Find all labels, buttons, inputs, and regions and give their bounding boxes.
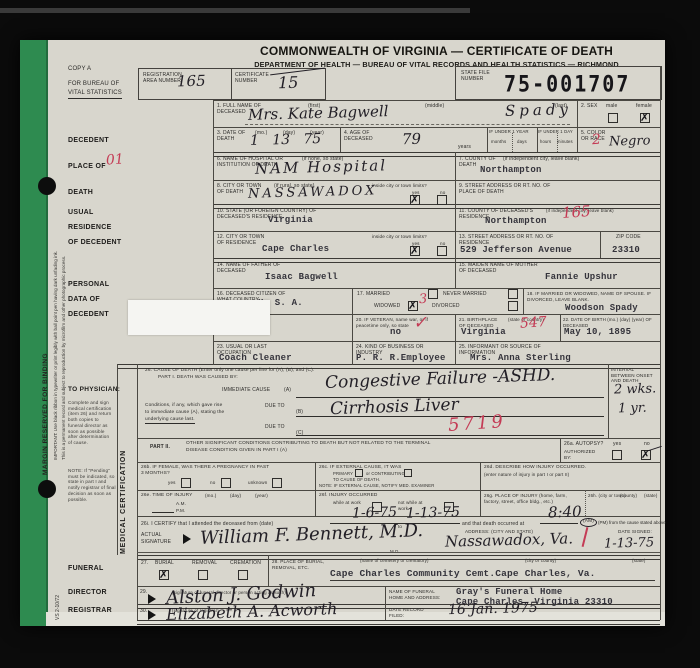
state-file-value: 75-001707	[504, 71, 630, 97]
death-time-value: 8:40	[548, 503, 582, 522]
field8-no-checkbox	[437, 195, 447, 205]
funeral-home-label: NAME OF FUNERAL HOME AND ADDRESS:	[389, 589, 449, 600]
punch-hole	[38, 480, 56, 498]
actual-signature-label-1: ACTUAL	[141, 532, 162, 538]
field8-limits-label: inside city or town limits?	[372, 183, 427, 189]
zip-value: 23310	[612, 245, 640, 255]
field26b-label: 26b. IF FEMALE, WAS THERE A PREGNANCY IN…	[141, 465, 271, 477]
part2-label: PART II.	[150, 444, 170, 450]
attended-from-date: 1-6-75	[352, 504, 397, 521]
part2-text-2: DISEASE CONDITION GIVEN IN PART I (A)	[186, 448, 287, 454]
field28-city-hint: (city or county)	[525, 558, 556, 564]
certificate-title: COMMONWEALTH OF VIRGINIA — CERTIFICATE O…	[213, 44, 660, 59]
field18-value: Woodson Spady	[565, 303, 638, 313]
field26c-primary-label: PRIMARY	[333, 471, 353, 476]
field2-female-label: female	[636, 103, 652, 109]
autopsy-label: 26a. AUTOPSY?	[564, 441, 603, 447]
field20-value: no	[390, 327, 401, 337]
section-residence: RESIDENCE	[68, 224, 112, 231]
field8-yes-checkbox	[410, 195, 420, 205]
section-personal: PERSONAL	[68, 281, 109, 288]
am-circled: (AM)	[580, 518, 597, 527]
registration-area-value: 165	[177, 72, 206, 91]
physician-address: Nassawadox, Va.	[445, 529, 573, 550]
field26e-am: A.M.	[176, 501, 186, 507]
field26-label: 26. CAUSE OF DEATH (Enter only one cause…	[145, 368, 314, 374]
actual-signature-label-2: SIGNATURE	[141, 539, 171, 545]
due-to-b-label: DUE TO	[265, 403, 285, 409]
field26b-yes-label: yes	[168, 480, 176, 486]
field26e-mo: (mo.)	[205, 493, 216, 499]
section-director: DIRECTOR	[68, 589, 107, 596]
sex-female-checkbox	[640, 113, 650, 123]
certificate-number-value: 15	[278, 73, 299, 93]
section-registrar: REGISTRAR	[68, 607, 112, 614]
field28-value: Cape Charles Community Cemt.Cape Charles…	[330, 568, 596, 579]
attended-to-date: 1-13-75	[406, 504, 460, 521]
field5-value: Negro	[609, 133, 651, 149]
interval-a-value: 2 wks.	[614, 381, 657, 397]
cremation-checkbox	[238, 570, 248, 580]
field4-value: 79	[402, 130, 422, 148]
field20-check-red: ✓	[412, 313, 428, 334]
under1day-label: IF UNDER 1 DAY	[538, 129, 573, 134]
pending-note: NOTE: If "Pending" must be indicated, so…	[68, 468, 118, 502]
registration-area-box: REGISTRATION AREA NUMBER 165	[138, 68, 232, 100]
field26d-label: 26d. DESCRIBE HOW INJURY OCCURRED.	[484, 465, 586, 471]
immediate-cause-a: (A)	[284, 387, 291, 393]
field21-code-red: 547	[519, 314, 547, 332]
cremation-label: CREMATION	[230, 560, 261, 566]
copy-label: COPY A	[68, 66, 91, 74]
cause-code-red: 5719	[447, 411, 506, 436]
field27-num: 27.	[141, 560, 148, 566]
field9-label: 9. STREET ADDRESS OR RT. NO. OF PLACE OF…	[459, 183, 569, 196]
field3-value: 1 13 75	[250, 131, 322, 149]
section-decedent: DECEDENT	[68, 137, 109, 144]
due-to-c-label: DUE TO	[265, 424, 285, 430]
place-code-red: 01	[105, 151, 124, 168]
date-filed-value: 16 Jan. 1975	[448, 600, 538, 618]
field1-value-first: Mrs. Kate Bagwell	[248, 102, 389, 124]
field26-part1-label: PART I. DEATH WAS CAUSED BY:	[158, 375, 238, 381]
autopsy-yes-checkbox	[612, 450, 622, 460]
field17-widowed-label: WIDOWED	[374, 303, 400, 309]
section-medical-certification: MEDICAL CERTIFICATION	[120, 368, 127, 554]
field23-value: Coach Cleaner	[219, 353, 292, 363]
section-of-decedent: OF DECEDENT	[68, 239, 121, 246]
field28-cemetery-hint: (name of cemetery or crematory)	[360, 558, 429, 564]
burial-label: BURIAL	[155, 560, 174, 566]
field30-num: 30.	[140, 608, 147, 614]
under1year-label: IF UNDER 1 YEAR	[489, 129, 529, 135]
field26c-primary-checkbox	[355, 469, 363, 477]
field3-label: 3. DATE OF DEATH	[217, 130, 247, 143]
state-file-label2: NUMBER	[461, 76, 484, 82]
margin-important-note-1: IMPORTANT: Use black ribbon in typewrite…	[53, 195, 58, 460]
autopsy-no-checkbox	[641, 450, 651, 460]
removal-checkbox	[198, 570, 208, 580]
field1-middle-hint: (middle)	[425, 103, 444, 109]
certificate-number-box: CERTIFICATE NUMBER 15	[230, 68, 326, 100]
field26h-state: (state)	[644, 493, 658, 499]
field26f-label: 26f. INJURY OCCURRED	[319, 493, 378, 499]
punch-hole	[38, 177, 56, 195]
field12-limits-label: inside city or town limits?	[372, 234, 427, 240]
field26h-county: (county)	[620, 493, 637, 499]
conditions-note-3: underlying cause last.	[145, 417, 195, 424]
field2-male-label: male	[606, 103, 617, 109]
field12-value: Cape Charles	[262, 244, 329, 254]
bureau-label-2: VITAL STATISTICS	[68, 90, 122, 99]
section-usual: USUAL	[68, 209, 94, 216]
removal-label: REMOVAL	[192, 560, 217, 566]
form-number: VS 2-10/72	[55, 560, 61, 620]
funeral-home-name: Gray's Funeral Home	[456, 587, 562, 597]
margin-binding-note: MARGIN RESERVED FOR BINDING	[42, 265, 49, 475]
field4-years-hint: years	[458, 144, 471, 150]
under1day-hours: hours	[540, 139, 551, 144]
date-filed-label: DATE RECORD FILED:	[389, 607, 434, 618]
field17-divorced-label: DIVORCED	[432, 303, 460, 309]
autopsy-yes-label: yes	[613, 441, 621, 447]
field12-yes-checkbox	[410, 246, 420, 256]
section-funeral: FUNERAL	[68, 565, 104, 572]
under1day-minutes: minutes	[557, 139, 573, 144]
immediate-cause-label: IMMEDIATE CAUSE	[222, 387, 270, 393]
under1year-days: days	[517, 139, 527, 145]
field6-value: NAM Hospital	[255, 156, 387, 177]
field2-label: 2. SEX	[581, 103, 597, 109]
field26e-label: 26e. TIME OF INJURY	[141, 493, 192, 499]
section-death: DEATH	[68, 189, 93, 196]
interval-b-value: 1 yr.	[618, 401, 647, 417]
margin-important-note-2: This is a permanent record and subject t…	[61, 195, 66, 460]
field17-never-checkbox	[508, 289, 518, 299]
redaction-box	[128, 300, 270, 335]
field12-no-checkbox	[437, 246, 447, 256]
certificate-number-label2: NUMBER	[235, 78, 258, 84]
field11-value: Northampton	[485, 216, 547, 226]
section-to-physician: TO PHYSICIAN:	[68, 386, 120, 393]
field17-married-checkbox	[428, 289, 438, 299]
field26b-unknown-label: unknown	[248, 480, 267, 486]
field26b-unknown-checkbox	[272, 478, 282, 488]
signature-arrow	[183, 534, 191, 544]
field28-state-hint: (state)	[632, 558, 646, 564]
field5-code-red: 2	[591, 132, 601, 149]
burial-checkbox	[159, 570, 169, 580]
death-occurred-label: and that death occurred at	[462, 521, 524, 527]
state-file-box: STATE FILE NUMBER 75-001707	[455, 66, 662, 100]
field15-label: 15. MAIDEN NAME OF MOTHER OF DECEASED	[459, 262, 539, 275]
pm-tail-label: (PM) from the cause stated above	[598, 520, 666, 526]
field4-label: 4. AGE OF DECEASED	[344, 130, 378, 143]
section-place-of: PLACE OF	[68, 163, 106, 170]
field26e-pm: P.M.	[176, 508, 185, 514]
section-decedent-2: DECEDENT	[68, 311, 109, 318]
field24-value: P. R. R.Employee	[356, 353, 446, 363]
field25-value: Mrs. Anna Sterling	[470, 353, 571, 363]
field18-label: 18. IF MARRIED OR WIDOWED, NAME OF SPOUS…	[527, 291, 652, 302]
date-signed-label: DATE SIGNED:	[618, 529, 652, 535]
sex-male-checkbox	[608, 113, 618, 123]
field17-married-label: 17. MARRIED	[357, 291, 390, 297]
autopsy-authorized-label: AUTHORIZED BY:	[564, 449, 599, 460]
field28-label: 28. PLACE OF BURIAL, REMOVAL, ETC.	[272, 559, 327, 570]
field10-value: Virginia	[268, 215, 313, 225]
registrar-signature-arrow	[148, 610, 156, 620]
part2-text-1: OTHER SIGNIFICANT CONDITIONS CONTRIBUTIN…	[186, 441, 431, 447]
field14-value: Isaac Bagwell	[265, 272, 338, 282]
field26b-no-label: no	[210, 480, 215, 486]
field26e-day: (day)	[230, 493, 241, 499]
field1-value-last: Spady	[505, 100, 572, 120]
field17-widowed-checkbox	[408, 301, 418, 311]
under1year-months: months	[491, 139, 506, 145]
field15-value: Fannie Upshur	[545, 272, 618, 282]
field21-value: Virginia	[461, 327, 506, 337]
scan-artifact	[0, 8, 470, 13]
field13-value: 529 Jefferson Avenue	[460, 245, 572, 255]
registration-area-label2: AREA NUMBER	[143, 78, 181, 84]
field26c-note: NOTE: IF EXTERNAL CAUSE, NOTIFY MED. EXA…	[319, 483, 434, 488]
field17-code-red: 3	[418, 292, 427, 308]
field29-num: 29.	[140, 589, 147, 595]
field26c-contributing-checkbox	[404, 469, 412, 477]
field26e-year: (year)	[255, 493, 268, 499]
field17-divorced-checkbox	[508, 301, 518, 311]
autopsy-no-label: no	[644, 441, 650, 447]
physician-note: Complete and sign medical certification …	[68, 400, 114, 446]
field26d-hint: (enter nature of injury in part I or par…	[484, 472, 569, 478]
field17-never-label: NEVER MARRIED	[443, 291, 487, 297]
bureau-label-1: FOR BUREAU OF	[68, 81, 119, 89]
field22-value: May 10, 1895	[564, 327, 631, 337]
date-signed-value: 1-13-75	[604, 535, 655, 551]
zip-label: ZIP CODE	[616, 234, 641, 240]
field26b-yes-checkbox	[181, 478, 191, 488]
death-certificate-scan: MARGIN RESERVED FOR BINDING IMPORTANT: U…	[0, 0, 700, 668]
field11-code-red: 165	[561, 202, 591, 222]
section-data-of: DATA OF	[68, 296, 100, 303]
field26b-no-checkbox	[221, 478, 231, 488]
director-signature-arrow	[148, 594, 156, 604]
field7-hint: (if independent city, leave blank)	[503, 156, 579, 162]
field7-value: Northampton	[480, 165, 542, 175]
field26c-tocause-label: TO CAUSE OF DEATH.	[333, 477, 380, 482]
conditions-note-1: Conditions, if any, which gave rise	[145, 403, 222, 409]
due-to-b: (B)	[296, 409, 303, 415]
conditions-note-2: to immediate cause (A), stating the	[145, 410, 224, 416]
field26c-contributing-label: or CONTRIBUTING	[366, 471, 405, 476]
